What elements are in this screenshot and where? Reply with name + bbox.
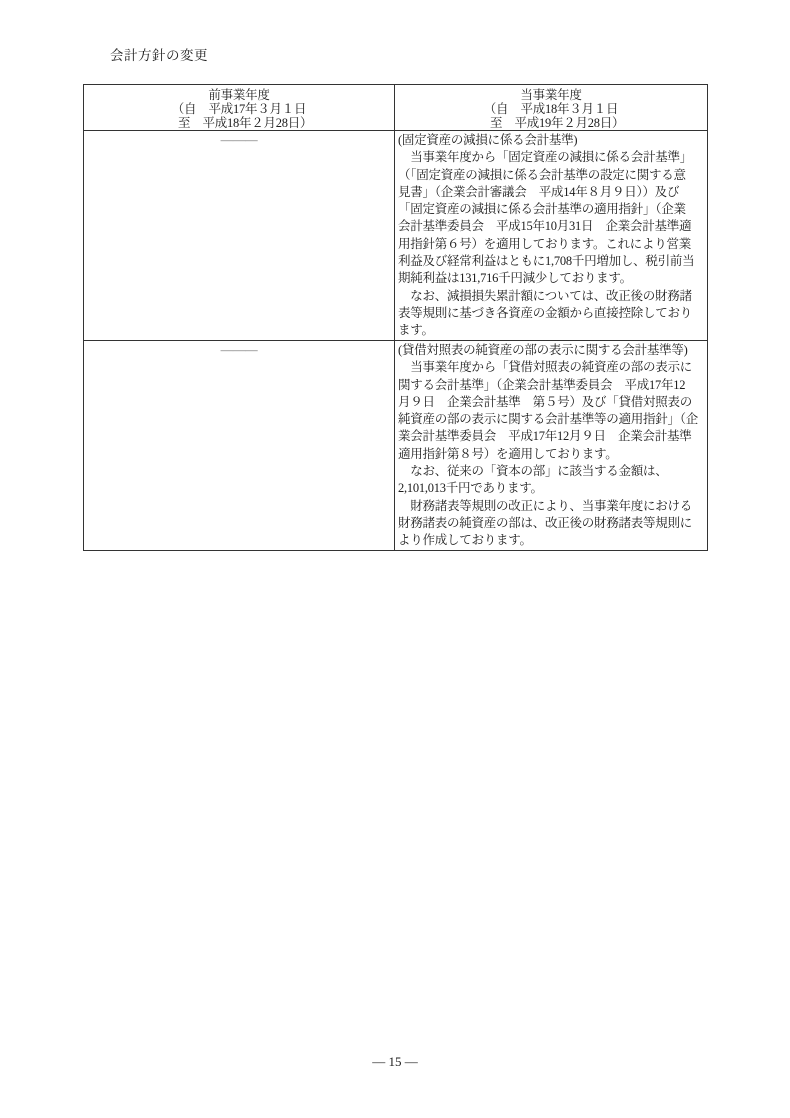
prev-year-empty-cell: ―――: [84, 131, 395, 341]
prev-year-empty-cell: ―――: [84, 341, 395, 551]
page-number: ― 15 ―: [0, 1054, 790, 1070]
header-current-fiscal-year: 当事業年度 （自 平成18年３月１日 至 平成19年２月28日）: [395, 85, 708, 131]
accounting-policy-change-table: 前事業年度 （自 平成17年３月１日 至 平成18年２月28日） 当事業年度 （…: [83, 84, 708, 551]
header-previous-fiscal-year: 前事業年度 （自 平成17年３月１日 至 平成18年２月28日）: [84, 85, 395, 131]
table-row: ――― (貸借対照表の純資産の部の表示に関する会計基準等) 当事業年度から「貸借…: [84, 341, 708, 551]
page-title: 会計方針の変更: [110, 44, 208, 64]
table-header-row: 前事業年度 （自 平成17年３月１日 至 平成18年２月28日） 当事業年度 （…: [84, 85, 708, 131]
document-page: 会計方針の変更 前事業年度 （自 平成17年３月１日 至 平成18年２月28日）…: [0, 0, 790, 1118]
table-row: ――― (固定資産の減損に係る会計基準) 当事業年度から「固定資産の減損に係る会…: [84, 131, 708, 341]
current-year-net-assets-standard-cell: (貸借対照表の純資産の部の表示に関する会計基準等) 当事業年度から「貸借対照表の…: [395, 341, 708, 551]
current-year-impairment-standard-cell: (固定資産の減損に係る会計基準) 当事業年度から「固定資産の減損に係る会計基準」…: [395, 131, 708, 341]
